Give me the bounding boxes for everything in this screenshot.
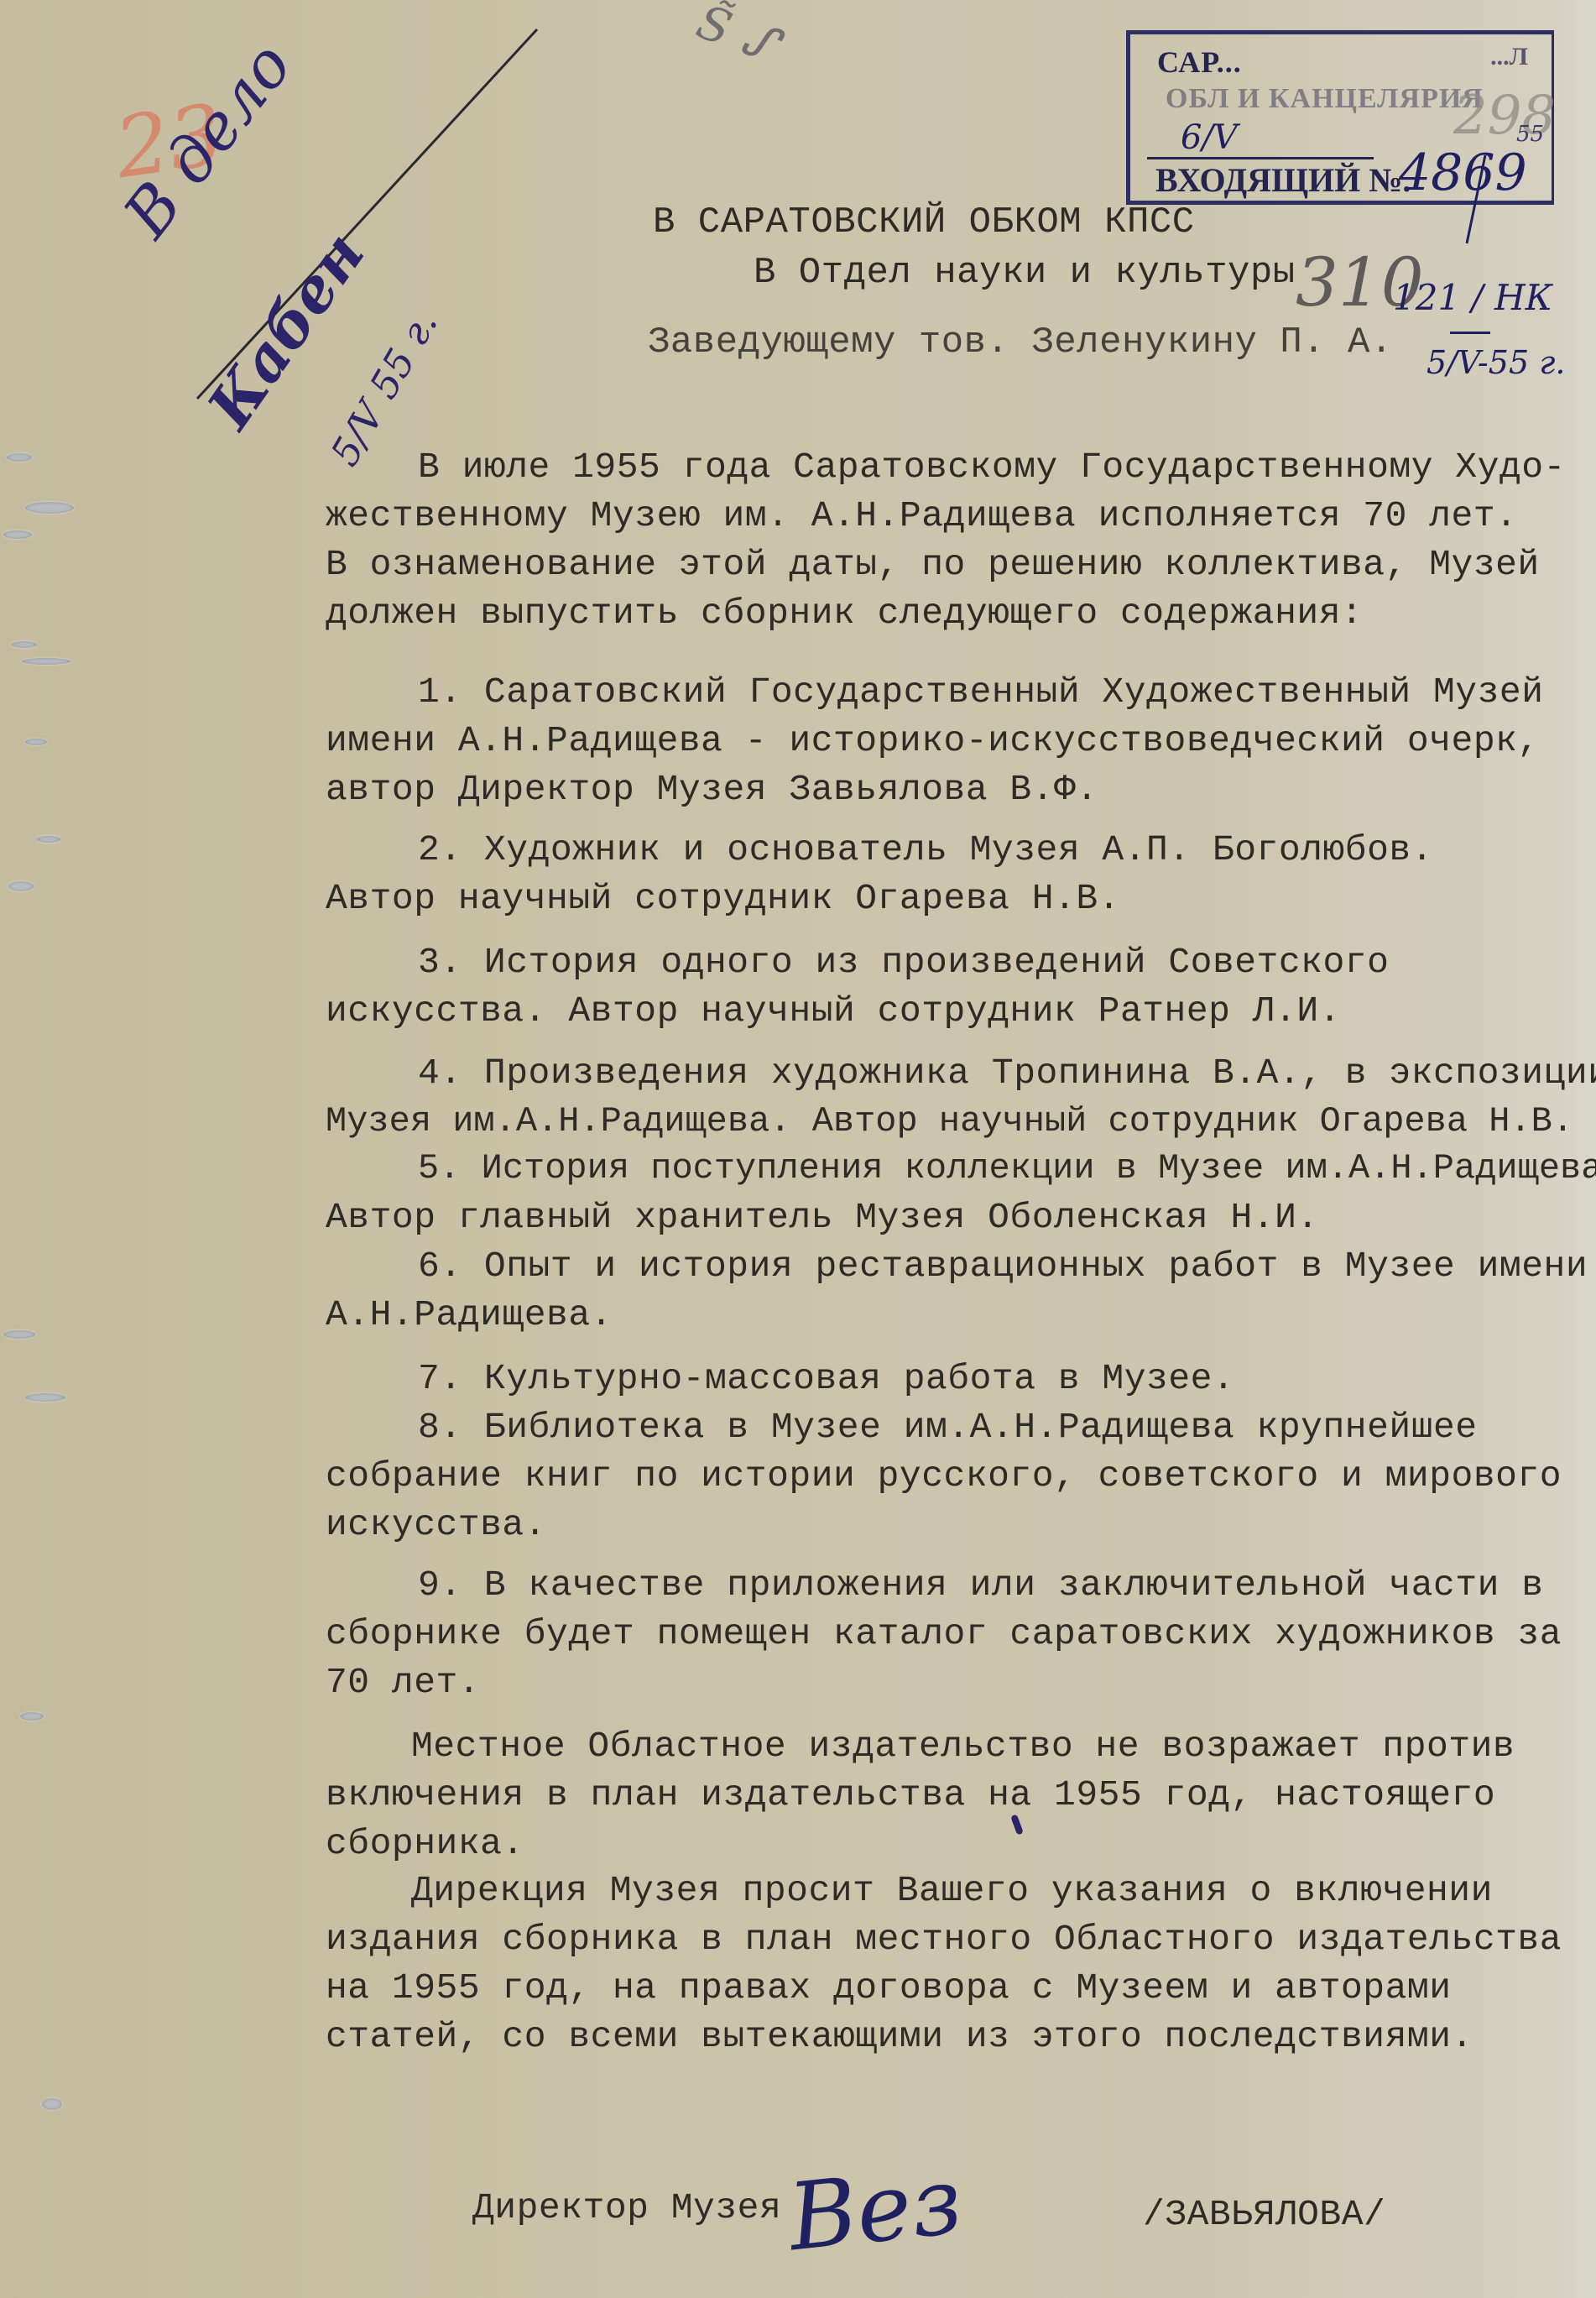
item-2-line: Автор научный сотрудник Огарева Н.В.	[326, 878, 1120, 919]
stamp-org-line1: САР...	[1157, 44, 1242, 80]
top-scribble: S̃ ᔑ	[690, 0, 784, 73]
addressee-line-3: Заведующему тов. Зеленукину П. А.	[648, 321, 1393, 363]
punch-hole	[25, 502, 74, 514]
signatory-title: Директор Музея	[472, 2187, 781, 2228]
intro-line: должен выпустить сборник следующего соде…	[326, 593, 1363, 634]
item-3-line: искусства. Автор научный сотрудник Ратне…	[326, 990, 1341, 1031]
item-6-line: 6. Опыт и история реставрационных работ …	[418, 1246, 1588, 1287]
item-8-line: искусства.	[326, 1504, 546, 1545]
intro-line: В июле 1955 года Саратовскому Государств…	[418, 447, 1566, 488]
stamp-org-line1-right: ...Л	[1490, 43, 1528, 71]
item-9-line: 9. В качестве приложения или заключитель…	[418, 1564, 1544, 1606]
publisher-paragraph-line: Местное Областное издательство не возраж…	[411, 1726, 1515, 1767]
ink-mark	[1010, 1814, 1024, 1835]
punch-hole	[37, 836, 60, 843]
request-paragraph-line: на 1955 год, на правах договора с Музеем…	[326, 1967, 1452, 2008]
punch-hole	[12, 641, 37, 648]
request-paragraph-line: Дирекция Музея просит Вашего указания о …	[411, 1870, 1493, 1911]
item-9-line: сборнике будет помещен каталог саратовск…	[326, 1613, 1562, 1654]
request-paragraph-line: издания сборника в план местного Областн…	[326, 1919, 1562, 1960]
stamp-org-line2: ОБЛ И КАНЦЕЛЯРИЯ	[1166, 83, 1484, 115]
addressee-line-2: В Отдел науки и культуры	[754, 252, 1296, 294]
publisher-paragraph-line: сборника.	[326, 1823, 524, 1864]
punch-hole	[25, 1393, 65, 1402]
punch-hole	[3, 1330, 35, 1339]
punch-hole	[25, 739, 47, 745]
addressee-line-1: В САРАТОВСКИЙ ОБКОМ КПСС	[653, 201, 1195, 243]
item-8-line: собрание книг по истории русского, совет…	[326, 1455, 1562, 1496]
punch-hole	[22, 658, 70, 665]
punch-hole	[20, 1712, 44, 1721]
item-3-line: 3. История одного из произведений Советс…	[418, 942, 1389, 983]
punch-hole	[7, 453, 32, 462]
item-8-line: 8. Библиотека в Музее им.А.Н.Радищева кр…	[418, 1407, 1478, 1448]
stamp-incoming-label: ВХОДЯЩИЙ №.	[1155, 160, 1411, 200]
registration-index: 121 / НК	[1393, 277, 1552, 318]
item-1-line: 1. Саратовский Государственный Художеств…	[418, 671, 1544, 713]
stamp-slash-line	[1452, 151, 1502, 252]
request-paragraph-line: статей, со всеми вытекающими из этого по…	[326, 2016, 1473, 2057]
item-5-line: Автор главный хранитель Музея Оболенская…	[326, 1197, 1319, 1238]
item-4-line: 4. Произведения художника Тропинина В.А.…	[418, 1052, 1596, 1094]
item-1-line: имени А.Н.Радищева - историко-искусствов…	[326, 720, 1540, 761]
publisher-paragraph-line: включения в план издательства на 1955 го…	[326, 1774, 1495, 1815]
stamp-date-field: 6/V	[1147, 122, 1374, 159]
item-2-line: 2. Художник и основатель Музея А.П. Бого…	[418, 829, 1433, 870]
punch-hole	[8, 881, 34, 891]
punch-hole	[3, 530, 32, 539]
item-1-line: автор Директор Музея Завьялова В.Ф.	[326, 769, 1098, 810]
stamp-date: 6/V	[1181, 118, 1238, 157]
registration-date: 5/V-55 г.	[1426, 344, 1566, 381]
intro-line: жественному Музею им. А.Н.Радищева испол…	[326, 495, 1517, 536]
director-signature: Вез	[784, 2147, 967, 2272]
item-7-line: 7. Культурно-массовая работа в Музее.	[418, 1358, 1234, 1399]
item-4-line: Музея им.А.Н.Радищева. Автор научный сот…	[326, 1101, 1573, 1141]
item-6-line: А.Н.Радищева.	[326, 1294, 613, 1335]
punch-hole	[42, 2098, 62, 2110]
registration-underline	[1450, 332, 1490, 334]
item-9-line: 70 лет.	[326, 1662, 480, 1703]
signatory-name: /ЗАВЬЯЛОВА/	[1143, 2194, 1385, 2235]
intro-line: В ознаменование этой даты, по решению ко…	[326, 544, 1540, 585]
item-5-line: 5. История поступления коллекции в Музее…	[418, 1148, 1596, 1188]
